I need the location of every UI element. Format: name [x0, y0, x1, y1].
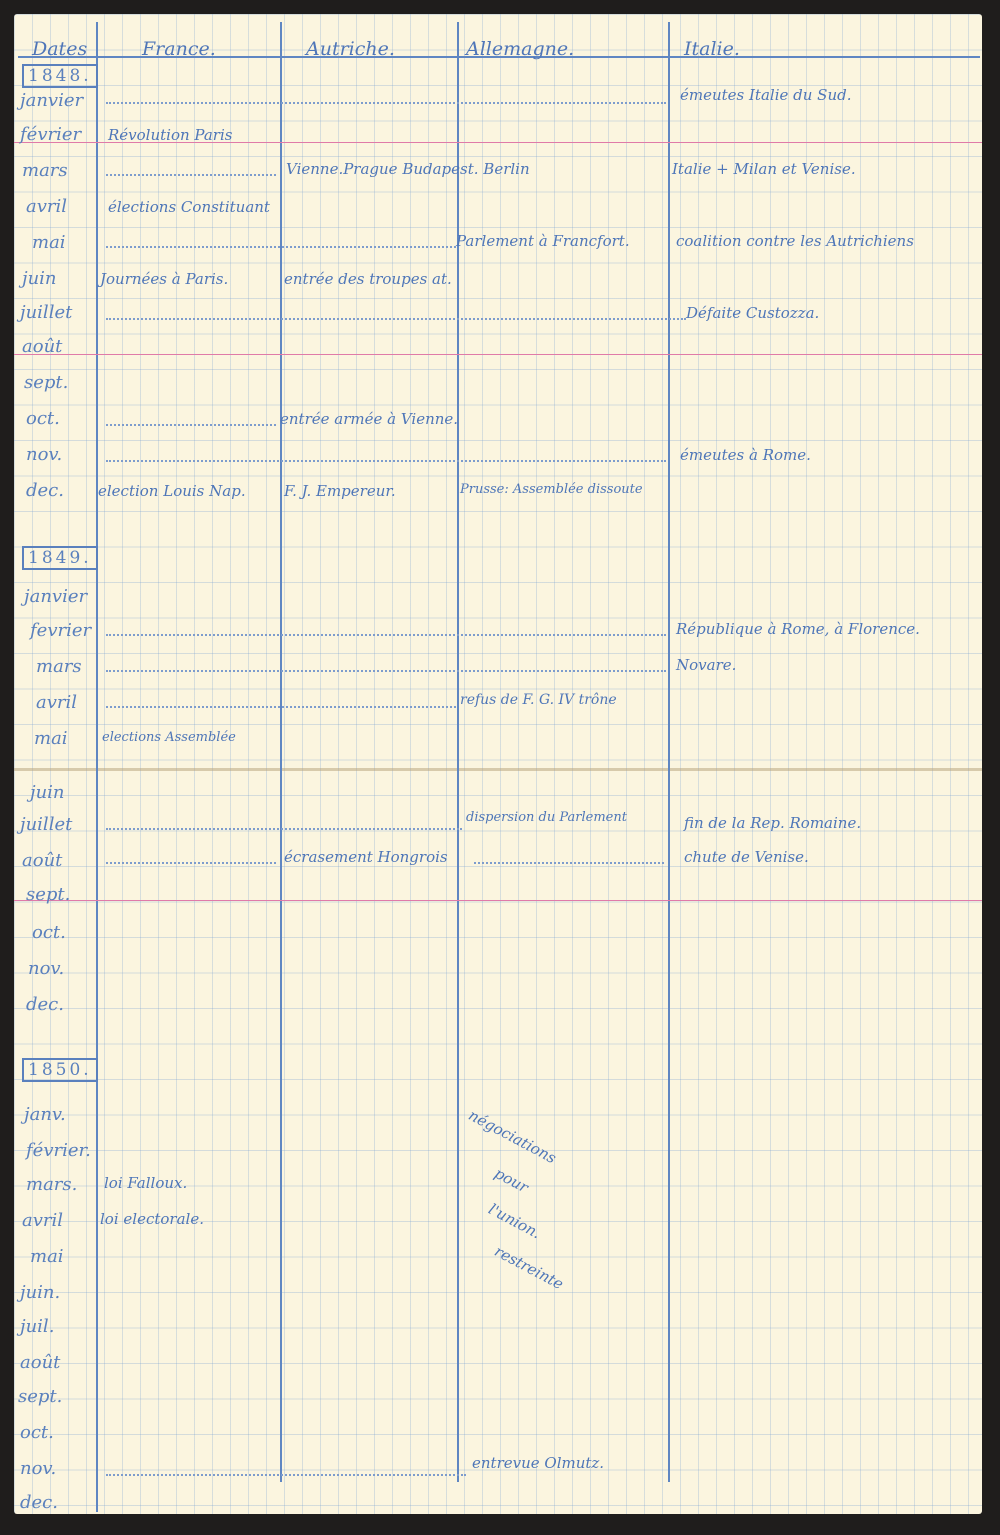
- event: Novare.: [676, 656, 736, 674]
- dotted-leader: [106, 862, 276, 864]
- event: Journées à Paris.: [100, 270, 228, 288]
- event: Révolution Paris: [108, 126, 232, 144]
- month: nov.: [20, 1458, 56, 1479]
- month: avril: [26, 196, 67, 217]
- month: janvier: [20, 90, 83, 111]
- dotted-leader: [106, 634, 666, 636]
- event: émeutes Italie du Sud.: [680, 86, 851, 104]
- dotted-leader: [106, 1474, 466, 1476]
- month: janvier: [24, 586, 87, 607]
- event: émeutes à Rome.: [680, 446, 811, 464]
- month: juillet: [20, 302, 72, 323]
- event: election Louis Nap.: [98, 482, 246, 500]
- event: loi Falloux.: [104, 1174, 187, 1192]
- month: fevrier: [30, 620, 91, 641]
- month: nov.: [28, 958, 64, 979]
- month: oct.: [32, 922, 66, 943]
- event: pour: [492, 1164, 532, 1197]
- column-rule-allemagne: [668, 22, 670, 1482]
- event: Défaite Custozza.: [686, 304, 819, 322]
- month: avril: [36, 692, 77, 713]
- event: écrasement Hongrois: [284, 848, 448, 866]
- event: elections Assemblée: [102, 730, 236, 745]
- dotted-leader: [106, 706, 456, 708]
- dotted-leader: [106, 424, 276, 426]
- year-1848: 1848.: [22, 64, 98, 88]
- event: loi electorale.: [100, 1210, 204, 1228]
- event: Italie + Milan et Venise.: [672, 160, 856, 178]
- month: mai: [34, 728, 68, 749]
- margin-line: [14, 354, 982, 355]
- header-allemagne: Allemagne.: [466, 38, 574, 60]
- month: mars: [22, 160, 68, 181]
- dotted-leader: [474, 862, 664, 864]
- event: élections Constituant: [108, 198, 270, 216]
- month: dec.: [26, 480, 64, 501]
- month: dec.: [26, 994, 64, 1015]
- event: République à Rome, à Florence.: [676, 620, 920, 638]
- month: août: [22, 336, 62, 357]
- header-italie: Italie.: [684, 38, 740, 60]
- month: oct.: [20, 1422, 54, 1443]
- month: août: [22, 850, 62, 871]
- month: mars.: [26, 1174, 77, 1195]
- month: juil.: [20, 1316, 54, 1337]
- dotted-leader: [106, 828, 462, 830]
- month: sept.: [26, 884, 70, 905]
- month: oct.: [26, 408, 60, 429]
- dotted-leader: [106, 460, 666, 462]
- month: janv.: [24, 1104, 66, 1125]
- page-fold: [14, 768, 982, 771]
- month: août: [20, 1352, 60, 1373]
- year-1849: 1849.: [22, 546, 98, 570]
- month: février.: [26, 1140, 91, 1161]
- month: février: [20, 124, 81, 145]
- event: entrevue Olmutz.: [472, 1454, 604, 1472]
- dotted-leader: [106, 102, 666, 104]
- month: juin: [30, 782, 65, 803]
- month: sept.: [18, 1386, 62, 1407]
- event: entrée des troupes at.: [284, 270, 452, 288]
- month: juillet: [20, 814, 72, 835]
- event: restreinte: [492, 1242, 567, 1293]
- event: Prusse: Assemblée dissoute: [460, 482, 643, 497]
- margin-line: [14, 900, 982, 901]
- dotted-leader: [106, 318, 686, 320]
- month: mai: [30, 1246, 64, 1267]
- header-france: France.: [142, 38, 216, 60]
- event: chute de Venise.: [684, 848, 809, 866]
- month: nov.: [26, 444, 62, 465]
- event: entrée armée à Vienne.: [280, 410, 458, 428]
- ledger-page: Dates France. Autriche. Allemagne. Itali…: [14, 14, 982, 1514]
- month: dec.: [20, 1492, 58, 1513]
- event: négociations: [466, 1106, 560, 1167]
- year-1850: 1850.: [22, 1058, 98, 1082]
- event: refus de F. G. IV trône: [460, 692, 617, 708]
- column-rule-dates: [96, 22, 98, 1512]
- event: coalition contre les Autrichiens: [676, 232, 914, 250]
- event: Parlement à Francfort.: [456, 232, 630, 250]
- event: Vienne.Prague Budapest. Berlin: [286, 160, 530, 178]
- event: F. J. Empereur.: [284, 482, 396, 500]
- column-rule-france: [280, 22, 282, 1482]
- header-dates: Dates: [32, 38, 87, 60]
- month: sept.: [24, 372, 68, 393]
- month: avril: [22, 1210, 63, 1231]
- event: dispersion du Parlement: [466, 810, 627, 825]
- dotted-leader: [106, 670, 666, 672]
- dotted-leader: [106, 246, 456, 248]
- dotted-leader: [106, 174, 276, 176]
- event: l'union.: [486, 1200, 544, 1242]
- month: juin.: [20, 1282, 60, 1303]
- header-autriche: Autriche.: [306, 38, 395, 60]
- month: mars: [36, 656, 82, 677]
- month: mai: [32, 232, 66, 253]
- month: juin: [22, 268, 57, 289]
- event: fin de la Rep. Romaine.: [684, 814, 861, 832]
